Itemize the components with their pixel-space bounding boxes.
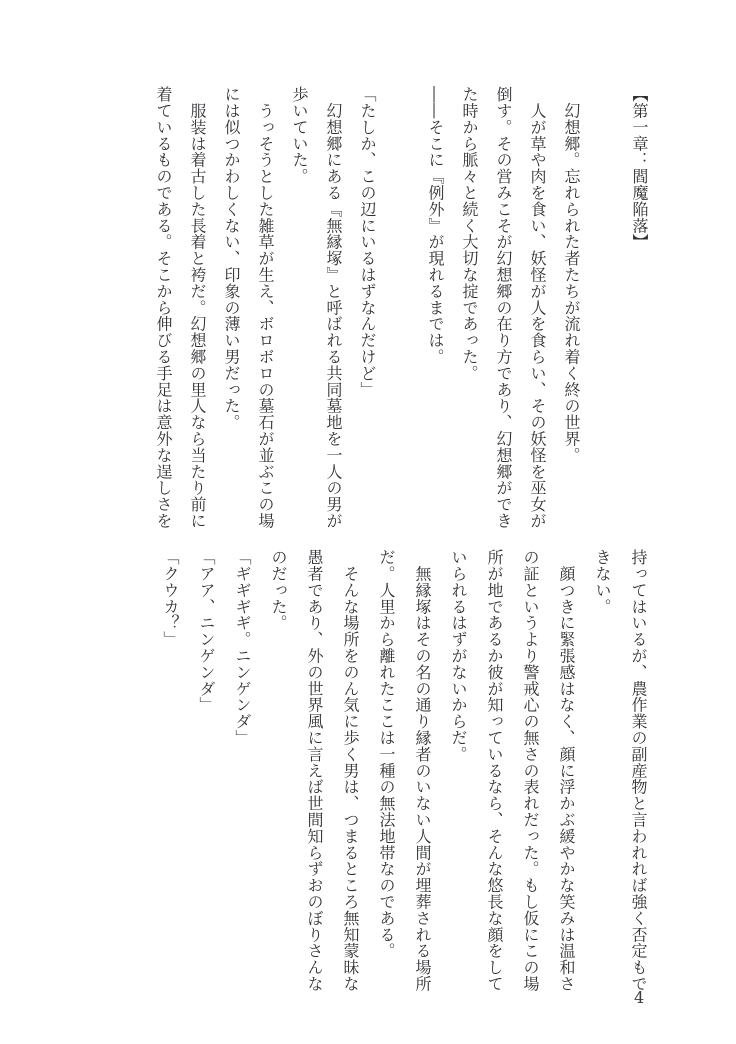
text-column: のだった。: [260, 549, 296, 1017]
text-column: 歩いていた。: [282, 86, 316, 538]
text-column: そんな場所をのん気に歩く男は、つまるところ無知蒙昧な: [332, 549, 368, 1017]
text-column: うっそうとした雑草が生え、ボロボロの墓石が並ぶこの場: [248, 86, 282, 538]
text-column: 人が草や肉を食い、妖怪が人を食らい、その妖怪を巫女が: [520, 86, 554, 538]
text-column: 「アア、ニンゲンダ」: [188, 549, 224, 1017]
text-column: [384, 86, 418, 538]
text-column: 「たしか、この辺にいるはずなんだけど」: [350, 86, 384, 538]
text-column: 「クウカ？」: [152, 549, 188, 1017]
text-column: 幻想郷。忘れられた者たちが流れ着く終の世界。: [554, 86, 588, 538]
text-column: 倒す。その営みこそが幻想郷の在り方であり、幻想郷ができ: [486, 86, 520, 538]
text-column: 所が地であるか彼が知っているなら、そんな悠長な顔をして: [476, 549, 512, 1017]
text-column: 幻想郷にある『無縁塚』と呼ばれる共同墓地を一人の男が: [316, 86, 350, 538]
book-page: 【第一章：閻魔陥落】 幻想郷。忘れられた者たちが流れ着く終の世界。 人が草や肉を…: [0, 0, 736, 1044]
text-column: ――そこに『例外』が現れるまでは。: [418, 86, 452, 538]
chapter-title: 【第一章：閻魔陥落】: [622, 86, 656, 538]
top-text-block: 【第一章：閻魔陥落】 幻想郷。忘れられた者たちが流れ着く終の世界。 人が草や肉を…: [146, 86, 656, 538]
text-column: には似つかわしくない、印象の薄い男だった。: [214, 86, 248, 538]
text-column: 持ってはいるが、農作業の副産物と言われれば強く否定もで: [620, 549, 656, 1017]
text-column: 無縁塚はその名の通り縁者のいない人間が埋葬される場所: [404, 549, 440, 1017]
text-column: 愚者であり、外の世界風に言えば世間知らずおのぼりさんな: [296, 549, 332, 1017]
text-column: た時から脈々と続く大切な掟であった。: [452, 86, 486, 538]
bottom-text-block: 持ってはいるが、農作業の副産物と言われれば強く否定もできない。 顔つきに緊張感は…: [152, 549, 656, 1017]
page-number: 4: [634, 988, 644, 1007]
text-column: いられるはずがないからだ。: [440, 549, 476, 1017]
text-column: 「ギギギギ。ニンゲンダ」: [224, 549, 260, 1017]
text-column: 服装は着古した長着と袴だ。幻想郷の里人なら当たり前に: [180, 86, 214, 538]
text-column: の証というより警戒心の無さの表れだった。もし仮にこの場: [512, 549, 548, 1017]
text-column: 着ているものである。そこから伸びる手足は意外な逞しさを: [146, 86, 180, 538]
text-column: だ。人里から離れたここは一種の無法地帯なのである。: [368, 549, 404, 1017]
spacer-column: [588, 86, 622, 538]
text-column: 顔つきに緊張感はなく、顔に浮かぶ緩やかな笑みは温和さ: [548, 549, 584, 1017]
text-column: きない。: [584, 549, 620, 1017]
